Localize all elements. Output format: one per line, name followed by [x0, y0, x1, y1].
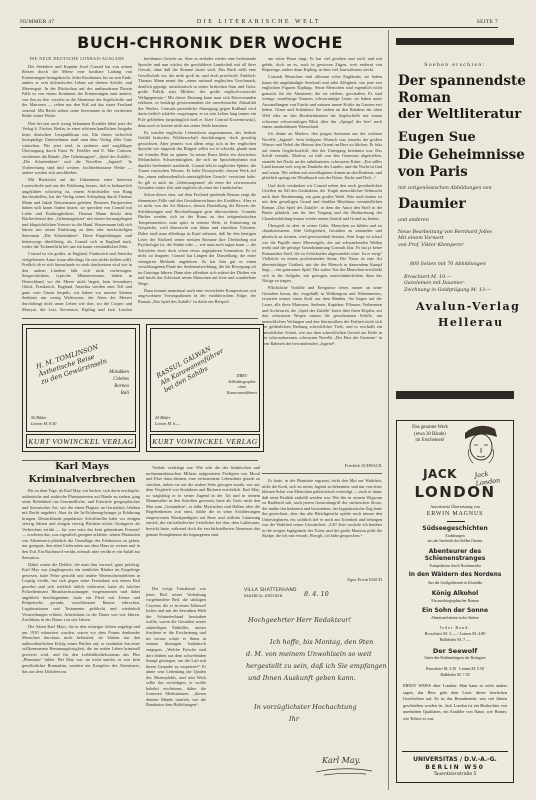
book-subtitle: Aus der Goldgräberzeit in Klondike: [397, 581, 513, 585]
letter-closing: In vorzüglichster Hochachtung: [254, 703, 357, 711]
volume-price-label: Jeder Band:: [397, 625, 513, 630]
publisher-city: BERLIN W50: [402, 764, 508, 771]
ad-headline: Der spannendste: [398, 73, 526, 89]
ad-book-title: Die Geheimnisse: [398, 147, 525, 163]
ad-illustrator: Daumier: [398, 196, 466, 212]
chronik-paragraph: Conrads Menschen sind allesamt echte Eng…: [262, 74, 382, 129]
book-title: In den Wäldern des Nordens: [397, 572, 513, 578]
chronik-signature: Friedrich SCHNACK: [262, 463, 382, 469]
karl-may-paragraph: Verbale verdrängt war. Wie sehr die des …: [146, 465, 260, 537]
letter-line: d. M. von meinem Unwohlsein so weit: [246, 650, 372, 658]
chronik-paragraph: Mit Rücksicht auf die Unkenntnis einer b…: [22, 177, 132, 249]
ad-prices: Broschiert M. 10.— Ganzleinen mit Daumie…: [404, 275, 491, 294]
ad-headline: Roman: [398, 90, 451, 106]
karl-may-paragraph: Dabei waren die Delikte, die man ihm vor…: [22, 562, 140, 623]
book-ad-galwan: RASSUL GALWAN Als Karawanenführer bei de…: [146, 324, 264, 452]
book-ad-regions: Molukken Celebes Borneo Bali: [109, 369, 129, 397]
ad-illustration-note: mit zeitgenössischen Abbildungen von: [398, 186, 492, 192]
ad-bottom-bar: [396, 391, 514, 399]
book-subtitle: Abenteuerfahrten in der Südsee: [397, 616, 513, 620]
book-ad-subtitle: TIBET: Selbstbiographie eines Karawanenf…: [227, 373, 257, 395]
chronik-paragraph: Conrad ist ein großer, in England, Frank…: [22, 251, 132, 313]
volume-price: Broschiert M. 3.— / Leinen M. 4.80: [397, 631, 513, 636]
chronik-paragraph: berühmtes Gesicht an. Aber es entladet w…: [138, 56, 256, 128]
divider: [447, 521, 465, 522]
chronik-paragraph: Der Seefahrer und Kapitän Josef Conrad h…: [22, 64, 132, 119]
chronik-paragraph: Den bei uns noch wenig bekannten Erzähle…: [22, 121, 132, 176]
book-subtitle: Trampfahrten durch Nordamerika: [397, 564, 513, 568]
ad-translation-note: Autorisierte Übersetzung von: [397, 504, 513, 509]
page-number: SEITE 7: [477, 19, 498, 25]
karl-may-paragraph: Die Akten Karl Mays, die in den achtzige…: [22, 624, 140, 674]
karl-may-letter-facsimile: VILLA SHATTERHAND RADEBEUL-DRESDEN 8. 4.…: [244, 588, 384, 783]
letter-date: 8. 4. 10: [304, 590, 329, 598]
signature-flourish-icon: [314, 764, 374, 778]
letter-closing: Ihr: [289, 715, 299, 723]
letterhead: VILLA SHATTERHAND RADEBEUL-DRESDEN: [244, 588, 297, 599]
ad-book-title: von Paris: [398, 164, 468, 180]
ad-page-count: 800 Seiten mit 70 Abbildungen: [410, 262, 486, 268]
special-book-title: Der Seewolf: [397, 647, 513, 655]
book-ad-publisher: KURT VOWINCKEL VERLAG: [150, 434, 260, 448]
publisher-name: UNIVERSITAS / D.V.-A.-G.: [402, 756, 508, 763]
ad-teaser: Das gesamte Werk (etwa 30 Bände) im Ersc…: [403, 425, 457, 445]
ad-announce: Soeben erschien:: [396, 62, 514, 68]
chronik-paragraph: Übergroß ist aber in seiner Gabe, Mensch…: [262, 223, 382, 284]
author-portrait-icon: [459, 421, 501, 469]
chronik-paragraph: Dazu kommt manchmal auch eine verwickelt…: [138, 288, 256, 305]
critic-quote: ERNST WEISS über London: Man kann es nic…: [403, 683, 507, 723]
volume-price: Halbleder M. 7.—: [397, 637, 513, 642]
karl-may-column-2: Verbale verdrängt war. Wie sehr die des …: [146, 465, 260, 585]
special-book-price: Halbleder M. 7.50: [397, 672, 513, 677]
chronik-subhead: DIE NEUE DEUTSCHE CONRAD-AUSGABE: [22, 56, 132, 62]
divider: [262, 473, 382, 474]
book-subtitle: Erzählungen: [397, 534, 513, 538]
chronik-signature-wrap: Friedrich SCHNACK: [262, 463, 382, 471]
masthead: NUMMER 47 DIE LITERARISCHE WELT SEITE 7: [20, 16, 498, 28]
chronik-paragraph: Ich denke an Marlow, den jungen Seemann …: [262, 131, 382, 181]
karl-may-column-2-narrow: Der ewige Tomahawk war jenes Beil seiner…: [146, 586, 206, 784]
chronik-column-2: berühmtes Gesicht an. Aber es entladet w…: [138, 56, 256, 313]
book-title: König Alkohol: [397, 590, 513, 597]
ad-credits: Neue Bearbeitung von Bernhard Jolles Mit…: [398, 230, 492, 249]
book-ad-tomlinson: H. M. TOMLINSON Ästhetische Reise zu den…: [22, 324, 140, 452]
karl-may-paragraph: Der ewige Tomahawk war jenes Beil seiner…: [146, 586, 206, 708]
publisher-address: Tauentzienstraße 5: [402, 772, 508, 777]
karl-may-column-1: Bis zu dem Tage, da Karl May, ein Sachse…: [22, 488, 140, 784]
chronik-paragraph: Schon dieses eine, auf dem Festland spie…: [138, 192, 256, 286]
ad-headline: der Weltliteratur: [398, 107, 521, 122]
column-rule: [388, 30, 389, 790]
letter-line: Ich hoffe, bis Montag, den 9ten: [270, 638, 373, 646]
chronik-paragraph: Es wurden englische Lebensform angenomme…: [138, 130, 256, 191]
ad-top-bar: [396, 38, 514, 45]
karl-may-column-3: Er hatte, in der Phantasie ergrauet, nic…: [262, 478, 382, 582]
ad-publisher: Avalun-Verlag: [416, 300, 520, 313]
ad-publisher-place: Hellerau: [438, 316, 504, 329]
book-ad-publisher: KURT VOWINCKEL VERLAG: [26, 434, 136, 448]
newspaper-page: NUMMER 47 DIE LITERARISCHE WELT SEITE 7 …: [0, 0, 536, 800]
karl-may-signature: Egon Erwin KISCH: [262, 577, 382, 583]
ad-translator: ERWIN MAGNUS: [397, 511, 513, 517]
newspaper-title: DIE LITERARISCHE WELT: [20, 19, 498, 25]
book-title: Ein Sohn der Sonne: [397, 607, 513, 614]
book-ad-price: 20 Bilder Leinen M. 6.—: [155, 415, 180, 426]
letter-line: und Ihnen Auskunft geben kann.: [248, 674, 356, 682]
karl-may-paragraph: Bis zu dem Tage, da Karl May, ein Sachse…: [22, 488, 140, 560]
book-title: Abenteurer des Schienenstranges: [397, 548, 513, 562]
ad-author-first: JACK: [367, 467, 513, 481]
karl-may-signature-wrap: Egon Erwin KISCH: [262, 577, 382, 585]
chronik-paragraph: Und doch verdanken wir Conrad neben den …: [262, 183, 382, 222]
karl-may-title: Karl Mays Kriminalverbrechen: [22, 460, 142, 486]
book-subtitle: aus der Inselwelt des Stillen Ozeans: [397, 539, 513, 543]
book-subtitle: Ein autobiographischer Roman: [397, 599, 513, 603]
jack-london-ad: Das gesamte Werk (etwa 30 Bände) im Ersc…: [396, 420, 514, 783]
special-book-subtitle: Unter den Robbenfängern der Beringsee: [397, 656, 513, 660]
letter-salutation: Hochgeehrter Herr Redakteur!: [248, 616, 351, 624]
section-headline: BUCH-CHRONIK DER WOCHE: [60, 33, 360, 52]
ad-author: Eugen Sue: [398, 130, 476, 145]
letter-line: hergestellt zu sein, daß ich Sie empfang…: [246, 662, 387, 670]
chronik-paragraph: um seine Braut ringt. Er hat viel gesehe…: [262, 56, 382, 73]
book-ad-price: 50 Bilder Leinen M. 8.50: [31, 415, 56, 426]
book-title: Südseegeschichten: [397, 525, 513, 532]
divider: [22, 318, 258, 319]
karl-may-paragraph: Er hatte, in der Phantasie ergrauet, nic…: [262, 478, 382, 539]
special-book-price: Broschiert M. 3.50 Leinen M. 5.50: [397, 666, 513, 671]
ad-and-others: und anderen: [398, 218, 429, 224]
chronik-column-3: um seine Braut ringt. Er hat viel gesehe…: [262, 56, 382, 461]
ad-author-last: LONDON: [397, 483, 513, 501]
ad-publisher-block: UNIVERSITAS / D.V.-A.-G. BERLIN W50 Taue…: [402, 751, 508, 752]
chronik-paragraph: Pflichtliche Vorfälle und Ereignisse tre…: [262, 285, 382, 346]
chronik-column-1: DIE NEUE DEUTSCHE CONRAD-AUSGABE Der See…: [22, 56, 132, 313]
